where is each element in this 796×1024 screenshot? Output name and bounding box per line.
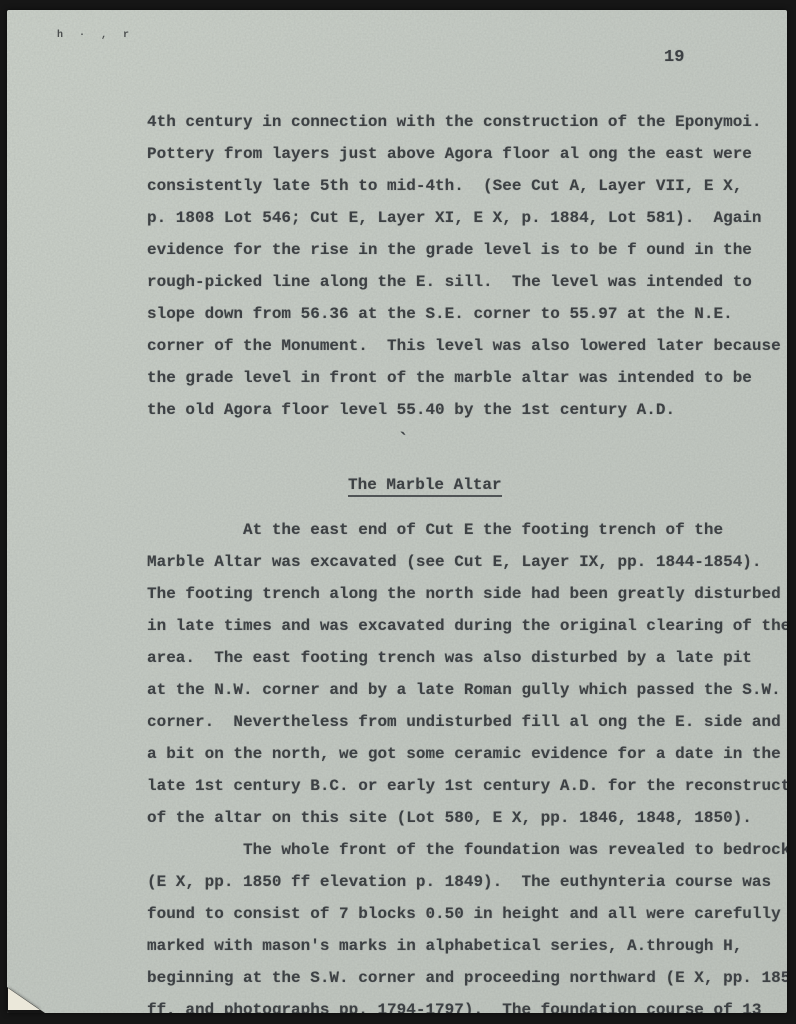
text-line: corner. Nevertheless from undisturbed fi…	[147, 706, 787, 738]
text-line: a bit on the north, we got some ceramic …	[147, 738, 787, 770]
screenshot-root: { "document": { "page_number": "19", "pe…	[0, 0, 796, 1024]
section-heading-marble-altar: The Marble Altar	[348, 476, 502, 497]
pencil-annotation: h · , r	[57, 30, 134, 41]
text-line: The footing trench along the north side …	[147, 578, 787, 610]
document-page: h · , r 19 4th century in connection wit…	[7, 10, 787, 1013]
page-number: 19	[664, 48, 684, 67]
text-line: marked with mason's marks in alphabetica…	[147, 930, 787, 962]
text-line: ff, and photographs pp. 1794-1797). The …	[147, 994, 787, 1013]
text-line: found to consist of 7 blocks 0.50 in hei…	[147, 898, 787, 930]
text-line: At the east end of Cut E the footing tre…	[147, 514, 787, 546]
text-line: (E X, pp. 1850 ff elevation p. 1849). Th…	[147, 866, 787, 898]
stray-typewriter-mark: `	[394, 429, 409, 453]
text-line: slope down from 56.36 at the S.E. corner…	[147, 298, 781, 330]
text-line: the old Agora floor level 55.40 by the 1…	[147, 394, 781, 426]
text-line: corner of the Monument. This level was a…	[147, 330, 781, 362]
text-line: the grade level in front of the marble a…	[147, 362, 781, 394]
text-line: at the N.W. corner and by a late Roman g…	[147, 674, 787, 706]
text-line: in late times and was excavated during t…	[147, 610, 787, 642]
text-line: The whole front of the foundation was re…	[147, 834, 787, 866]
text-line: Marble Altar was excavated (see Cut E, L…	[147, 546, 787, 578]
text-line: consistently late 5th to mid-4th. (See C…	[147, 170, 781, 202]
text-line: area. The east footing trench was also d…	[147, 642, 787, 674]
text-line: p. 1808 Lot 546; Cut E, Layer XI, E X, p…	[147, 202, 781, 234]
text-line: of the altar on this site (Lot 580, E X,…	[147, 802, 787, 834]
text-line: evidence for the rise in the grade level…	[147, 234, 781, 266]
paragraph-foundation-bedrock: The whole front of the foundation was re…	[147, 834, 787, 1013]
text-line: Pottery from layers just above Agora flo…	[147, 138, 781, 170]
text-line: 4th century in connection with the const…	[147, 106, 781, 138]
text-line: late 1st century B.C. or early 1st centu…	[147, 770, 787, 802]
folded-corner	[8, 988, 40, 1010]
paragraph-eponymoi-grade-level: 4th century in connection with the const…	[147, 106, 781, 426]
text-line: rough-picked line along the E. sill. The…	[147, 266, 781, 298]
text-line: beginning at the S.W. corner and proceed…	[147, 962, 787, 994]
paragraph-footing-trench: At the east end of Cut E the footing tre…	[147, 514, 787, 834]
